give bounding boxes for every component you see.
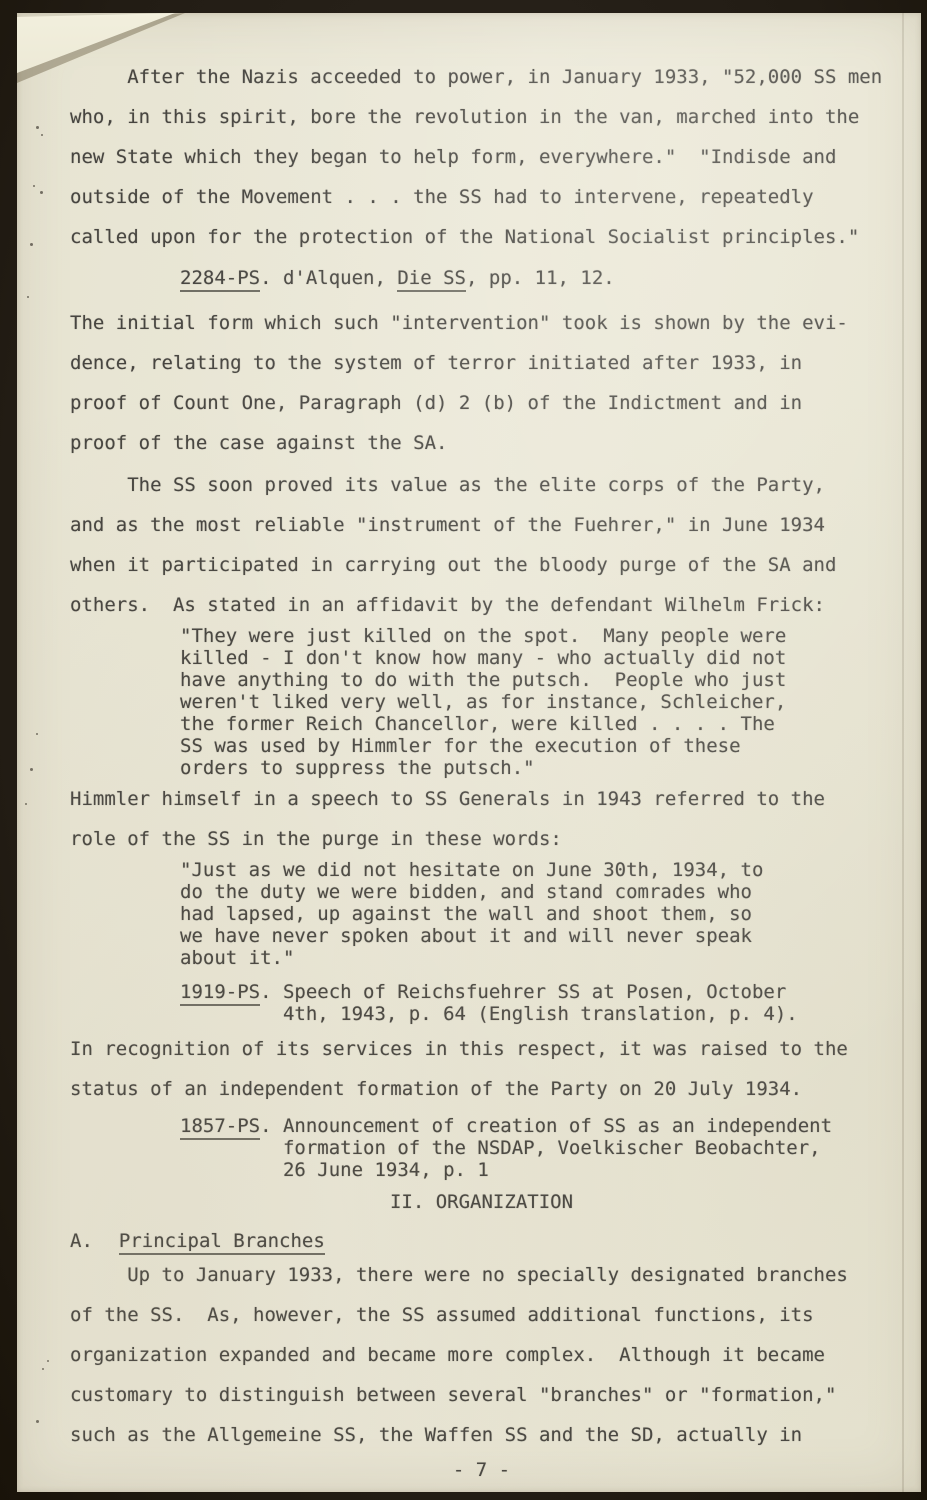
section-heading-organization: II. ORGANIZATION — [70, 1191, 893, 1213]
citation-text: . Announcement of creation of SS as an i… — [180, 1115, 832, 1181]
citation-text: . Speech of Reichsfuehrer SS at Posen, O… — [180, 981, 798, 1025]
paragraph-branches: Up to January 1933, there were no specia… — [70, 1255, 893, 1455]
paragraph-elite-corps: The SS soon proved its value as the elit… — [70, 465, 893, 625]
subsection-title: Principal Branches — [119, 1230, 325, 1255]
citation-1857-ps: 1857-PS. Announcement of creation of SS … — [180, 1115, 893, 1181]
paragraph-himmler-speech: Himmler himself in a speech to SS Genera… — [70, 779, 893, 859]
blockquote-frick-affidavit: "They were just killed on the spot. Many… — [180, 625, 893, 779]
paragraph-recognition: In recognition of its services in this r… — [70, 1029, 893, 1109]
document-text: After the Nazis acceeded to power, in Ja… — [17, 13, 921, 1481]
document-page: After the Nazis acceeded to power, in Ja… — [17, 13, 921, 1492]
subsection-heading-principal-branches: A.Principal Branches — [70, 1229, 893, 1253]
blockquote-himmler-posen: "Just as we did not hesitate on June 30t… — [180, 859, 893, 969]
subsection-letter: A. — [70, 1230, 93, 1252]
citation-text: , pp. 11, 12. — [466, 267, 615, 289]
book-title: Die SS — [397, 267, 466, 292]
exhibit-number: 2284-PS — [180, 267, 260, 292]
paragraph-initial-form: The initial form which such "interventio… — [70, 303, 893, 463]
citation-2284-ps: 2284-PS. d'Alquen, Die SS, pp. 11, 12. — [180, 267, 893, 289]
page-number: - 7 - — [70, 1459, 893, 1481]
paragraph-intro-quote: After the Nazis acceeded to power, in Ja… — [70, 57, 893, 257]
citation-1919-ps: 1919-PS. Speech of Reichsfuehrer SS at P… — [180, 981, 893, 1025]
scan-background: After the Nazis acceeded to power, in Ja… — [0, 0, 927, 1500]
citation-text: . d'Alquen, — [260, 267, 397, 289]
